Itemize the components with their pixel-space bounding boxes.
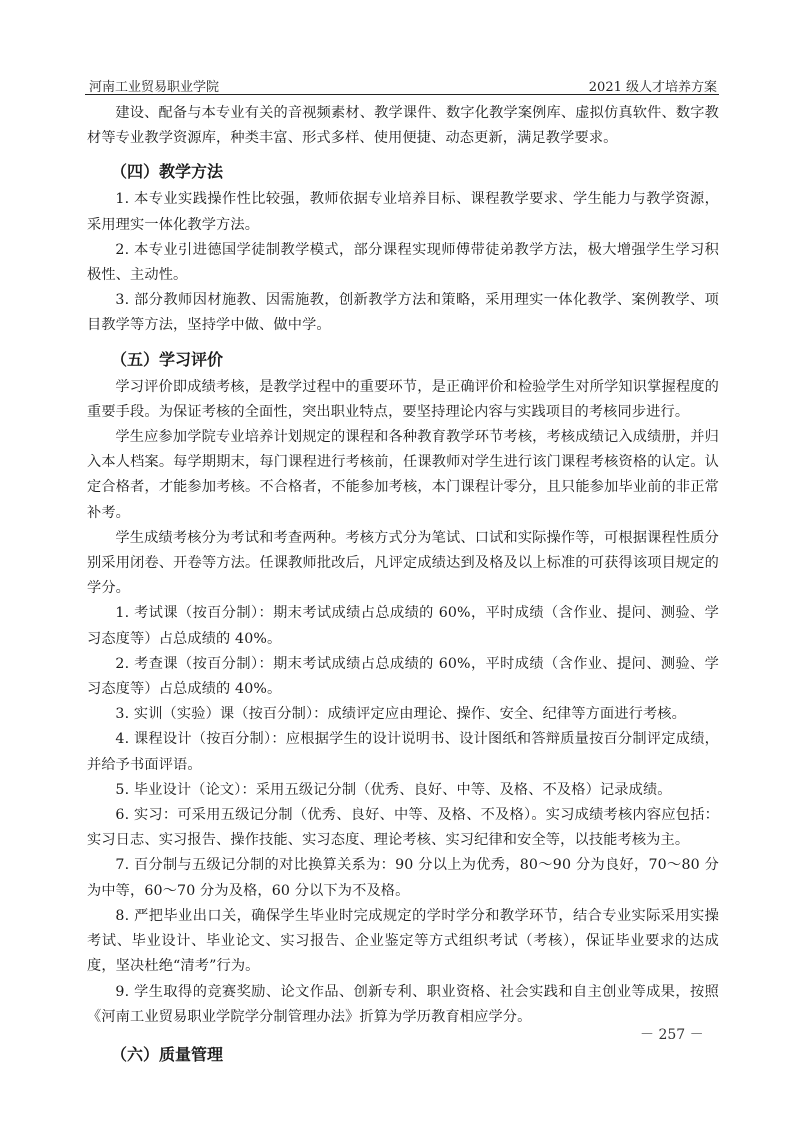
section-heading-quality-management: （六）质量管理 xyxy=(87,1040,719,1070)
page-body: 建设、配备与本专业有关的音视频素材、教学课件、数字化教学案例库、虚拟仿真软件、数… xyxy=(87,101,719,1070)
header-document-title: 2021 级人才培养方案 xyxy=(589,76,717,95)
paragraph: 学习评价即成绩考核，是教学过程中的重要环节，是正确评价和检验学生对所学知识掌握程… xyxy=(87,375,719,425)
list-item: 4. 课程设计（按百分制）：应根据学生的设计说明书、设计图纸和答辩质量按百分制评… xyxy=(87,727,719,777)
page-number: － 257 － xyxy=(640,1024,704,1044)
paragraph: 学生应参加学院专业培养计划规定的课程和各种教育教学环节考核，考核成绩记入成绩册，… xyxy=(87,425,719,526)
list-item: 3. 实训（实验）课（按百分制）：成绩评定应由理论、操作、安全、纪律等方面进行考… xyxy=(87,702,719,727)
section-heading-teaching-methods: （四）教学方法 xyxy=(87,157,719,187)
page-header: 河南工业贸易职业学院 2021 级人才培养方案 xyxy=(85,76,719,94)
header-divider xyxy=(85,94,719,95)
paragraph: 学生成绩考核分为考试和考查两种。考核方式分为笔试、口试和实际操作等，可根据课程性… xyxy=(87,526,719,602)
list-item: 1. 考试课（按百分制）：期末考试成绩占总成绩的 60%，平时成绩（含作业、提问… xyxy=(87,601,719,651)
list-item: 9. 学生取得的竞赛奖励、论文作品、创新专利、职业资格、社会实践和自主创业等成果… xyxy=(87,980,719,1030)
intro-paragraph: 建设、配备与本专业有关的音视频素材、教学课件、数字化教学案例库、虚拟仿真软件、数… xyxy=(87,101,719,151)
list-item: 2. 本专业引进德国学徒制教学模式，部分课程实现师傅带徒弟教学方法，极大增强学生… xyxy=(87,238,719,288)
list-item: 5. 毕业设计（论文）：采用五级记分制（优秀、良好、中等、及格、不及格）记录成绩… xyxy=(87,778,719,803)
list-item: 2. 考查课（按百分制）：期末考试成绩占总成绩的 60%，平时成绩（含作业、提问… xyxy=(87,652,719,702)
header-institution: 河南工业贸易职业学院 xyxy=(89,76,219,95)
list-item: 6. 实习：可采用五级记分制（优秀、良好、中等、及格、不及格）。实习成绩考核内容… xyxy=(87,803,719,853)
list-item: 8. 严把毕业出口关，确保学生毕业时完成规定的学时学分和教学环节，结合专业实际采… xyxy=(87,904,719,980)
list-item: 7. 百分制与五级记分制的对比换算关系为：90 分以上为优秀，80～90 分为良… xyxy=(87,853,719,903)
list-item: 1. 本专业实践操作性比较强，教师依据专业培养目标、课程教学要求、学生能力与教学… xyxy=(87,187,719,237)
section-heading-learning-evaluation: （五）学习评价 xyxy=(87,345,719,375)
list-item: 3. 部分教师因材施教、因需施教，创新教学方法和策略，采用理实一体化教学、案例教… xyxy=(87,288,719,338)
